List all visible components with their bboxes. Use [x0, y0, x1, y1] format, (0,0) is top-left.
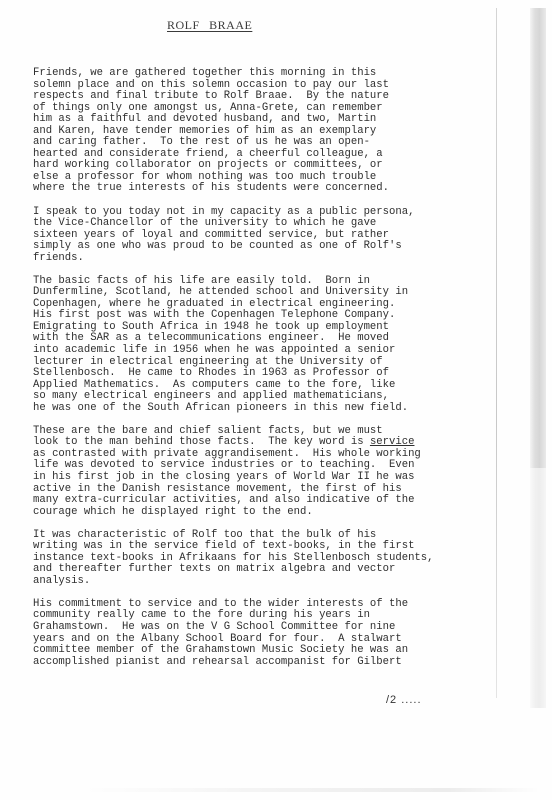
- text-line: His first post was with the Copenhagen T…: [33, 309, 395, 321]
- text-line: and thereafter further texts on matrix a…: [33, 563, 395, 575]
- text-line: These are the bare and chief salient fac…: [33, 425, 383, 437]
- text-line: hard working collaborator on projects or…: [33, 159, 383, 171]
- text-line: hearted and considerate friend, a cheerf…: [33, 148, 383, 160]
- page-continuation-marker: /2 .....: [386, 694, 422, 706]
- paragraph: These are the bare and chief salient fac…: [33, 426, 503, 518]
- paragraph: The basic facts of his life are easily t…: [33, 276, 503, 415]
- scan-edge-shadow-lower: [530, 468, 546, 708]
- underlined-word: service: [370, 436, 415, 448]
- text-line: solemn place and on this solemn occasion…: [33, 79, 389, 91]
- text-line: and Karen, have tender memories of him a…: [33, 125, 376, 137]
- text-line: in his first job in the closing years of…: [33, 471, 414, 483]
- document-body: Friends, we are gathered together this m…: [33, 68, 503, 680]
- text-line: It was characteristic of Rolf too that t…: [33, 529, 376, 541]
- text-line: The basic facts of his life are easily t…: [33, 275, 370, 287]
- text-line: I speak to you today not in my capacity …: [33, 206, 414, 218]
- paragraph: Friends, we are gathered together this m…: [33, 68, 503, 195]
- text-line: look to the man behind those facts. The …: [33, 436, 370, 448]
- text-line: community really came to the fore during…: [33, 609, 370, 621]
- text-line: of things only one amongst us, Anna-Gret…: [33, 102, 383, 114]
- text-line: respects and final tribute to Rolf Braae…: [33, 90, 389, 102]
- text-line: Dunfermline, Scotland, he attended schoo…: [33, 286, 408, 298]
- text-line: life was devoted to service industries o…: [33, 459, 414, 471]
- text-line: sixteen years of loyal and committed ser…: [33, 229, 389, 241]
- paragraph: I speak to you today not in my capacity …: [33, 207, 503, 265]
- text-line: active in the Danish resistance movement…: [33, 483, 402, 495]
- text-line: many extra-curricular activities, and al…: [33, 494, 414, 506]
- text-line: Emigrating to South Africa in 1948 he to…: [33, 321, 389, 333]
- text-line: Grahamstown. He was on the V G School Co…: [33, 621, 395, 633]
- text-line: and caring father. To the rest of us he …: [33, 136, 370, 148]
- text-line: him as a faithful and devoted husband, a…: [33, 113, 376, 125]
- text-line: friends.: [33, 252, 84, 264]
- text-line: committee member of the Grahamstown Musi…: [33, 644, 408, 656]
- text-line: simply as one who was proud to be counte…: [33, 240, 402, 252]
- text-line: where the true interests of his students…: [33, 182, 389, 194]
- text-line: as contrasted with private aggrandisemen…: [33, 448, 421, 460]
- text-line: years and on the Albany School Board for…: [33, 633, 402, 645]
- scan-edge-shadow: [530, 8, 546, 468]
- text-line: the Vice-Chancellor of the university to…: [33, 217, 376, 229]
- text-line: into academic life in 1956 when he was a…: [33, 344, 395, 356]
- text-line: so many electrical engineers and applied…: [33, 390, 389, 402]
- text-line: analysis.: [33, 575, 90, 587]
- paragraph: It was characteristic of Rolf too that t…: [33, 530, 503, 588]
- text-line: Copenhagen, where he graduated in electr…: [33, 298, 395, 310]
- text-line: with the SAR as a telecommunications eng…: [33, 332, 389, 344]
- text-line: His commitment to service and to the wid…: [33, 598, 408, 610]
- text-line: lecturer in electrical engineering at th…: [33, 356, 383, 368]
- text-line: Friends, we are gathered together this m…: [33, 67, 376, 79]
- text-line: courage which he displayed right to the …: [33, 506, 313, 518]
- scan-bottom-noise: [80, 788, 540, 792]
- text-line: accomplished pianist and rehearsal accom…: [33, 656, 402, 668]
- text-line: Applied Mathematics. As computers came t…: [33, 379, 395, 391]
- document-title: ROLF BRAAE: [167, 18, 252, 33]
- text-line: else a professor for whom nothing was to…: [33, 171, 376, 183]
- text-line: he was one of the South African pioneers…: [33, 402, 408, 414]
- text-line: writing was in the service field of text…: [33, 540, 414, 552]
- text-line: Stellenbosch. He came to Rhodes in 1963 …: [33, 367, 389, 379]
- paragraph: His commitment to service and to the wid…: [33, 599, 503, 668]
- text-line: instance text-books in Afrikaans for his…: [33, 552, 434, 564]
- document-page: ROLF BRAAE Friends, we are gathered toge…: [0, 0, 552, 800]
